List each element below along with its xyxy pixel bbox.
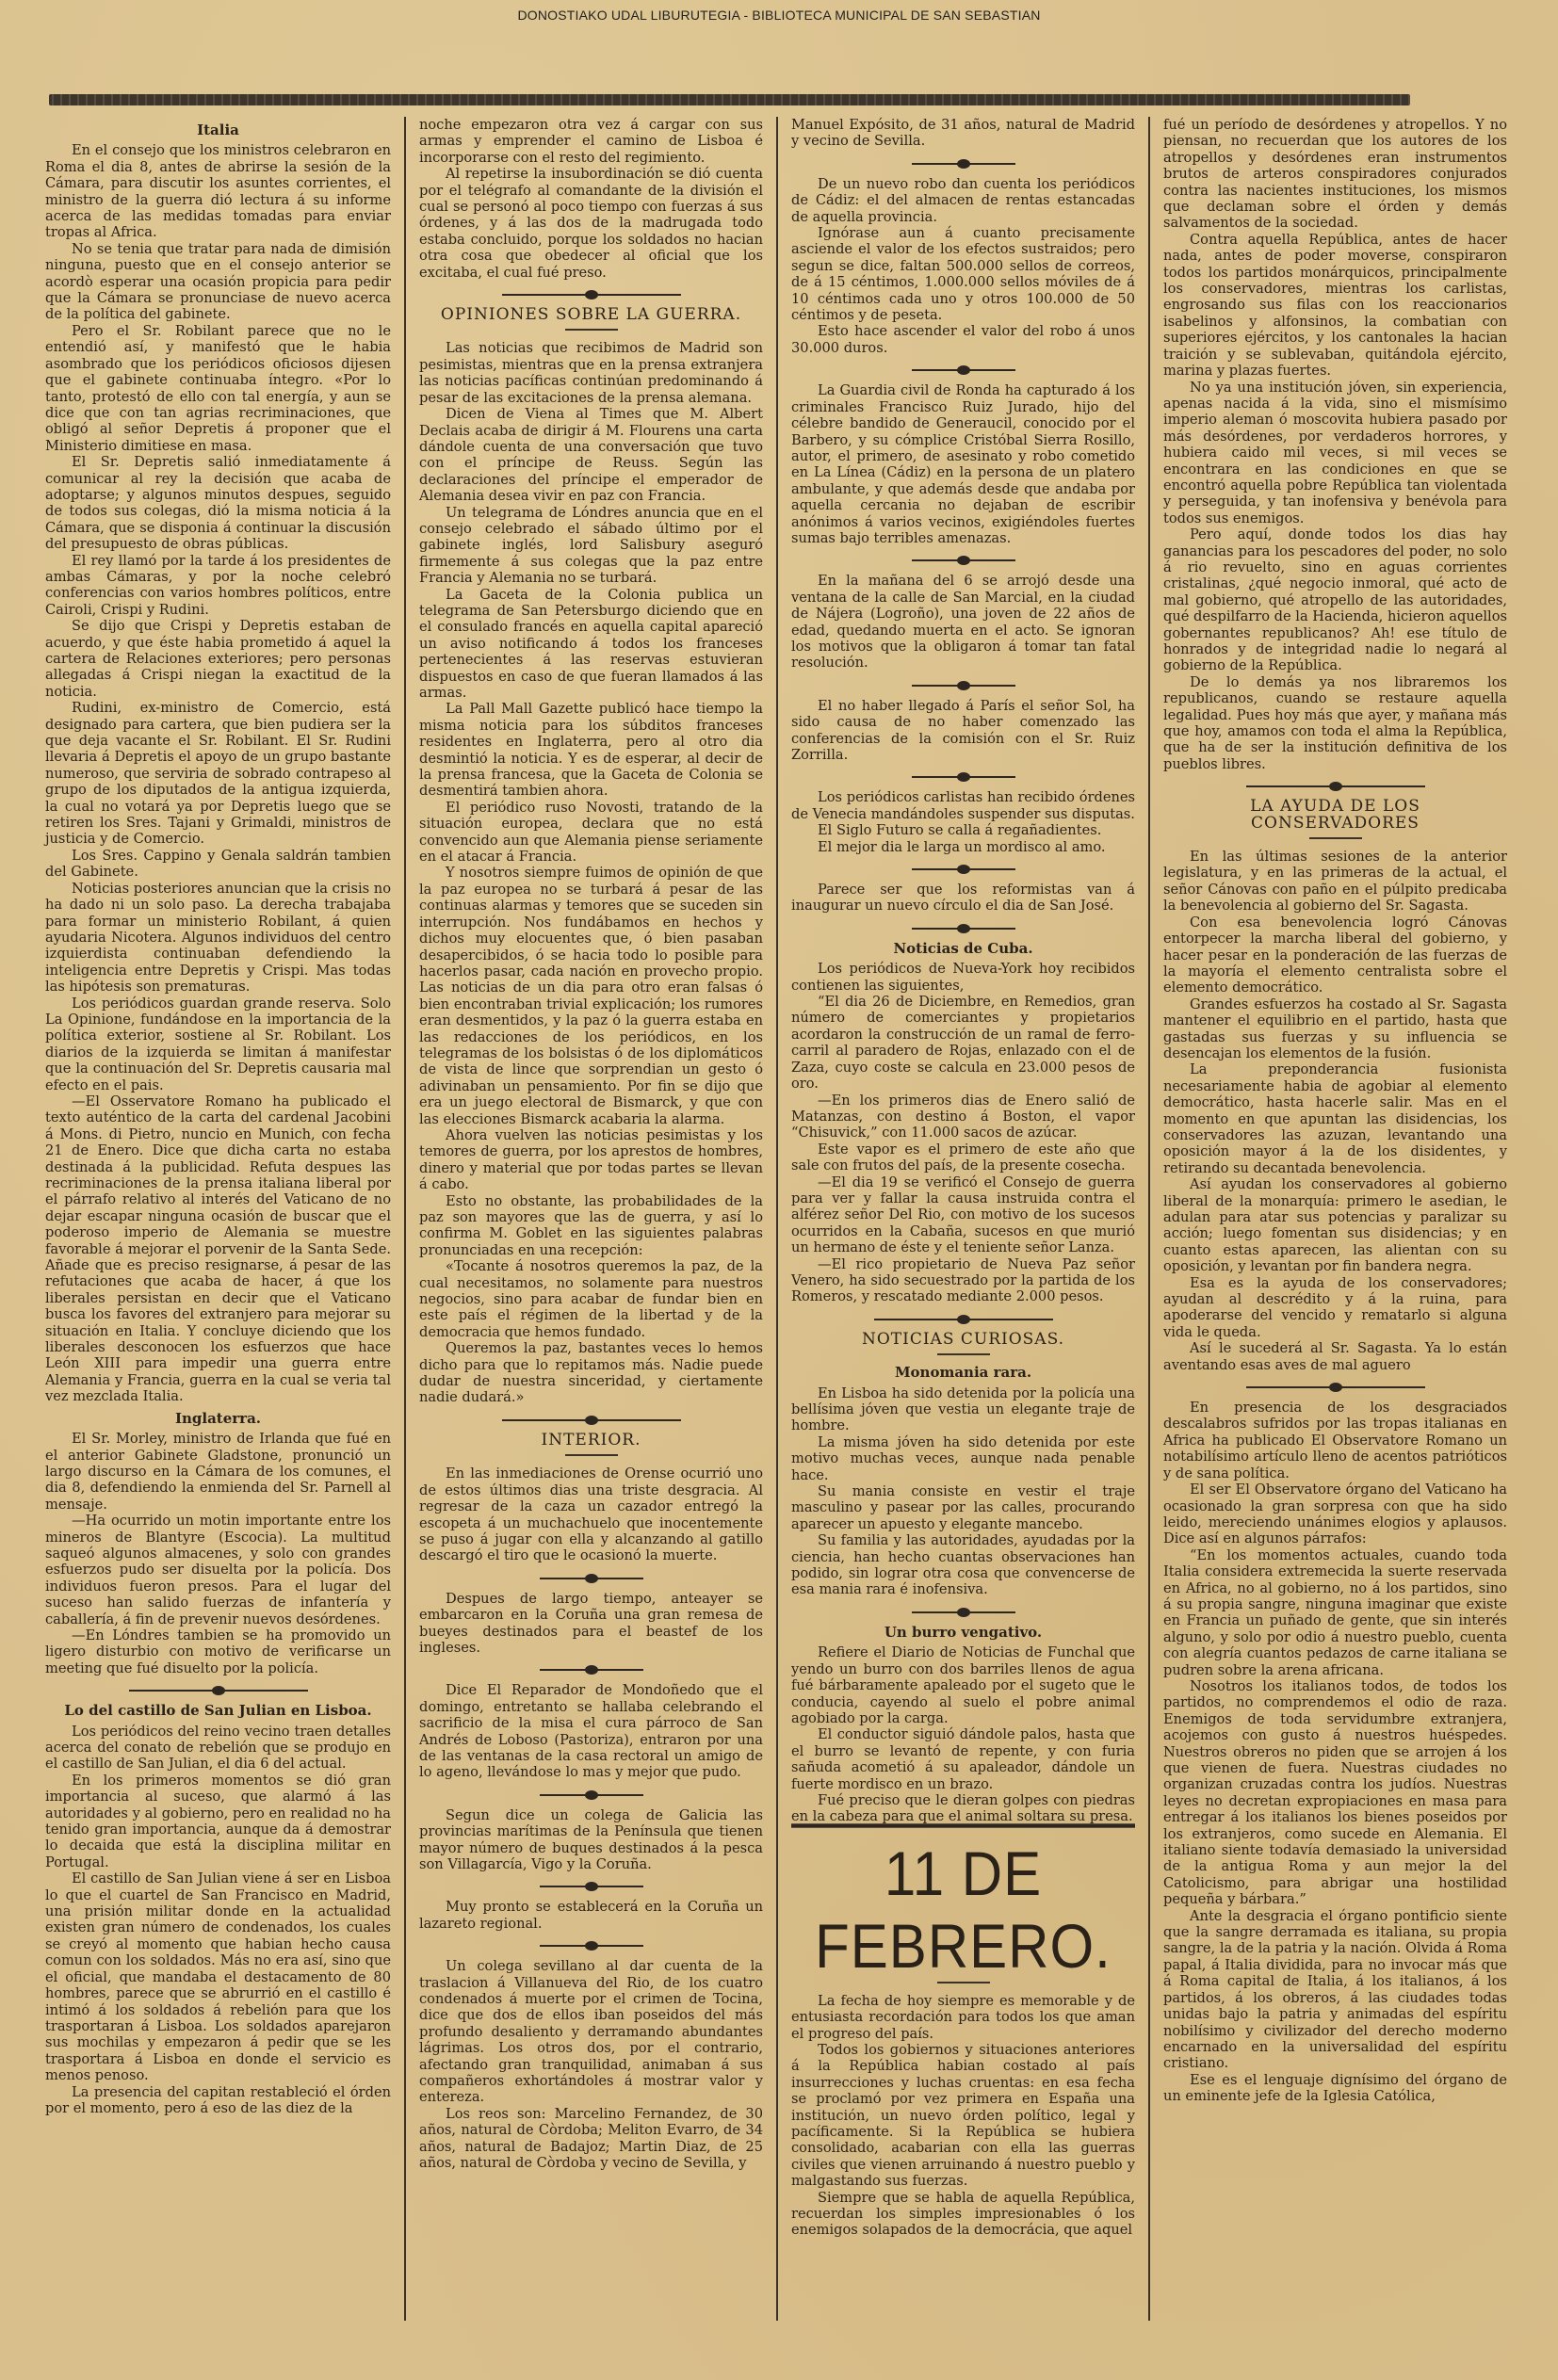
article-paragraph: La misma jóven ha sido detenida por este… — [791, 1434, 1135, 1483]
ornament-divider — [912, 926, 1015, 931]
ornament-divider — [540, 1667, 643, 1673]
section-heading: Monomania rara. — [791, 1365, 1135, 1381]
article-paragraph: En las inmediaciones de Orense ocurrió u… — [419, 1465, 763, 1563]
ornament-divider — [874, 1317, 1053, 1322]
article-paragraph: Los periódicos carlistas han recibido ór… — [791, 789, 1135, 822]
article-paragraph: Todos los gobiernos y situaciones anteri… — [791, 2042, 1135, 2190]
article-paragraph: En los primeros momentos se dió gran imp… — [45, 1773, 391, 1870]
ornament-divider — [912, 161, 1015, 167]
column-1: ItaliaEn el consejo que los ministros ce… — [32, 117, 404, 2321]
column-4: fué un período de desórdenes y atropello… — [1148, 117, 1520, 2321]
masthead-rule — [49, 94, 1410, 105]
article-paragraph: En la mañana del 6 se arrojó desde una v… — [791, 573, 1135, 671]
ornament-divider — [912, 558, 1015, 563]
ornament-divider — [912, 774, 1015, 780]
short-rule — [565, 329, 618, 331]
section-title: NOTICIAS CURIOSAS. — [791, 1332, 1135, 1348]
ornament-divider — [540, 1576, 643, 1581]
article-paragraph: Las noticias que recibimos de Madrid son… — [419, 340, 763, 406]
article-paragraph: Rudini, ex-ministro de Comercio, está de… — [45, 700, 391, 848]
article-paragraph: Los periódicos del reino vecino traen de… — [45, 1724, 391, 1773]
article-paragraph: Refiere el Diario de Noticias de Funchal… — [791, 1644, 1135, 1726]
article-paragraph: Los periódicos guardan grande reserva. S… — [45, 996, 391, 1093]
article-paragraph: Noticias posteriores anuncian que la cri… — [45, 881, 391, 996]
article-paragraph: La Gaceta de la Colonia publica un teleg… — [419, 587, 763, 702]
article-paragraph: El conductor siguió dándole palos, hasta… — [791, 1726, 1135, 1792]
section-title: LA AYUDA DE LOS CONSERVADORES — [1163, 799, 1507, 832]
article-paragraph: Se dijo que Crispi y Depretis estaban de… — [45, 618, 391, 700]
article-paragraph: No ya una institución jóven, sin experie… — [1163, 380, 1507, 527]
ornament-divider — [912, 866, 1015, 872]
ornament-divider — [502, 1417, 681, 1423]
article-paragraph: —El dia 19 se verificó el Consejo de gue… — [791, 1174, 1135, 1256]
article-paragraph: El Sr. Depretis salió inmediatamente á c… — [45, 454, 391, 552]
section-heading: Un burro vengativo. — [791, 1625, 1135, 1641]
article-paragraph: Siempre que se habla de aquella Repúblic… — [791, 2190, 1135, 2239]
article-paragraph: Grandes esfuerzos ha costado al Sr. Saga… — [1163, 996, 1507, 1062]
ornament-divider — [129, 1688, 308, 1693]
article-paragraph: Con esa benevolencia logró Cánovas entor… — [1163, 915, 1507, 996]
article-paragraph: Ignórase aun á cuanto precisamente ascie… — [791, 225, 1135, 323]
article-paragraph: “En los momentos actuales, cuando toda I… — [1163, 1547, 1507, 1678]
article-paragraph: —El Osservatore Romano ha publicado el t… — [45, 1093, 391, 1405]
article-paragraph: En el consejo que los ministros celebrar… — [45, 142, 391, 240]
article-paragraph: Ese es el lenguaje dignísimo del órgano … — [1163, 2072, 1507, 2105]
article-paragraph: Su familia y las autoridades, ayudadas p… — [791, 1532, 1135, 1598]
article-paragraph: Contra aquella República, antes de hacer… — [1163, 232, 1507, 380]
ornament-divider — [912, 1610, 1015, 1615]
article-paragraph: La presencia del capitan restableció el … — [45, 2084, 391, 2117]
article-paragraph: Queremos la paz, bastantes veces lo hemo… — [419, 1340, 763, 1406]
article-paragraph: Un telegrama de Lóndres anuncia que en e… — [419, 505, 763, 587]
article-paragraph: —En los primeros dias de Enero salió de … — [791, 1093, 1135, 1141]
newspaper-columns: ItaliaEn el consejo que los ministros ce… — [32, 117, 1530, 2321]
article-paragraph: El ser El Observatore órgano del Vatican… — [1163, 1481, 1507, 1547]
article-paragraph: Pero aquí, donde todos los dias hay gana… — [1163, 526, 1507, 674]
article-paragraph: Ante la desgracia el órgano pontificio s… — [1163, 1908, 1507, 2072]
article-paragraph: De un nuevo robo dan cuenta los periódic… — [791, 176, 1135, 225]
ornament-divider — [1246, 784, 1425, 789]
article-paragraph: En las últimas sesiones de la anterior l… — [1163, 849, 1507, 915]
section-heading: Noticias de Cuba. — [791, 941, 1135, 957]
article-paragraph: Este vapor es el primero de este año que… — [791, 1141, 1135, 1174]
article-paragraph: Segun dice un colega de Galicia las prov… — [419, 1807, 763, 1873]
article-paragraph: Los Sres. Cappino y Genala saldrán tambi… — [45, 848, 391, 881]
column-3: Manuel Expósito, de 31 años, natural de … — [776, 117, 1148, 2321]
short-rule — [1309, 837, 1362, 839]
article-paragraph: El mejor dia le larga un mordisco al amo… — [791, 839, 1135, 855]
article-paragraph: “El dia 26 de Diciembre, en Remedios, gr… — [791, 994, 1135, 1092]
article-paragraph: Así ayudan los conservadores al gobierno… — [1163, 1176, 1507, 1274]
article-paragraph: Esto no obstante, las probabilidades de … — [419, 1193, 763, 1259]
article-paragraph: Los periódicos de Nueva-York hoy recibid… — [791, 961, 1135, 994]
article-paragraph: Al repetirse la insubordinación se dió c… — [419, 166, 763, 281]
article-paragraph: La Guardia civil de Ronda ha capturado á… — [791, 382, 1135, 546]
short-rule — [937, 1353, 990, 1355]
article-paragraph: Ahora vuelven las noticias pesimistas y … — [419, 1127, 763, 1193]
article-paragraph: El Sr. Morley, ministro de Irlanda que f… — [45, 1431, 391, 1513]
article-paragraph: El rey llamó por la tarde á los presiden… — [45, 553, 391, 619]
article-paragraph: —El rico propietario de Nueva Paz señor … — [791, 1256, 1135, 1305]
article-paragraph: En presencia de los desgraciados descala… — [1163, 1400, 1507, 1481]
ornament-divider — [540, 1884, 643, 1889]
section-heading: Lo del castillo de San Julian en Lisboa. — [45, 1703, 391, 1719]
article-paragraph: Despues de largo tiempo, anteayer se emb… — [419, 1591, 763, 1657]
ornament-divider — [540, 1943, 643, 1949]
date-headline: 11 DE FEBRERO. — [791, 1823, 1135, 1983]
article-paragraph: La fecha de hoy siempre es memorable y d… — [791, 1993, 1135, 2042]
ornament-divider — [502, 292, 681, 298]
article-paragraph: Esa es la ayuda de los conservadores; ay… — [1163, 1275, 1507, 1341]
ornament-divider — [540, 1792, 643, 1798]
ornament-divider — [1246, 1384, 1425, 1390]
article-paragraph: Un colega sevillano al dar cuenta de la … — [419, 1958, 763, 2106]
article-paragraph: noche empezaron otra vez á cargar con su… — [419, 117, 763, 166]
article-paragraph: La Pall Mall Gazette publicó hace tiempo… — [419, 701, 763, 799]
article-paragraph: Y nosotros siempre fuimos de opinión de … — [419, 865, 763, 1127]
article-paragraph: Dice El Reparador de Mondoñedo que el do… — [419, 1682, 763, 1780]
article-paragraph: El periódico ruso Novosti, tratando de l… — [419, 800, 763, 866]
article-paragraph: El Siglo Futuro se calla á regañadientes… — [791, 822, 1135, 838]
article-paragraph: «Tocante á nosotros queremos la paz, de … — [419, 1258, 763, 1340]
article-paragraph: Así le sucederá al Sr. Sagasta. Ya lo es… — [1163, 1340, 1507, 1373]
article-paragraph: El no haber llegado á París el señor Sol… — [791, 698, 1135, 764]
article-paragraph: Parece ser que los reformistas van á ina… — [791, 882, 1135, 915]
short-rule — [565, 1454, 618, 1456]
article-paragraph: Muy pronto se establecerá en la Coruña u… — [419, 1899, 763, 1932]
section-heading: Inglaterra. — [45, 1411, 391, 1427]
article-paragraph: fué un período de desórdenes y atropello… — [1163, 117, 1507, 232]
section-title: OPINIONES SOBRE LA GUERRA. — [419, 307, 763, 323]
article-paragraph: Dicen de Viena al Times que M. Albert De… — [419, 406, 763, 504]
article-paragraph: La preponderancia fusionista necesariame… — [1163, 1061, 1507, 1176]
article-paragraph: El castillo de San Julian viene á ser en… — [45, 1870, 391, 2083]
article-paragraph: —En Lóndres tambien se ha promovido un l… — [45, 1627, 391, 1676]
article-paragraph: En Lisboa ha sido detenida por la policí… — [791, 1385, 1135, 1434]
article-paragraph: Los reos son: Marcelino Fernandez, de 30… — [419, 2106, 763, 2172]
article-paragraph: Nosotros los italianos todos, de todos l… — [1163, 1678, 1507, 1908]
article-paragraph: Fué preciso que le dieran golpes con pie… — [791, 1792, 1135, 1825]
article-paragraph: Pero el Sr. Robilant parece que no le en… — [45, 323, 391, 454]
section-heading: Italia — [45, 122, 391, 138]
article-paragraph: Manuel Expósito, de 31 años, natural de … — [791, 117, 1135, 150]
ornament-divider — [912, 367, 1015, 373]
article-paragraph: Esto hace ascender el valor del robo á u… — [791, 323, 1135, 356]
article-paragraph: —Ha ocurrido un motin importante entre l… — [45, 1513, 391, 1627]
section-title: INTERIOR. — [419, 1433, 763, 1449]
article-paragraph: De lo demás ya nos libraremos los republ… — [1163, 674, 1507, 772]
article-paragraph: No se tenia que tratar para nada de dimi… — [45, 241, 391, 323]
column-2: noche empezaron otra vez á cargar con su… — [404, 117, 776, 2321]
article-paragraph: Su mania consiste en vestir el traje mas… — [791, 1483, 1135, 1532]
ornament-divider — [912, 683, 1015, 688]
archive-header: DONOSTIAKO UDAL LIBURUTEGIA - BIBLIOTECA… — [0, 8, 1558, 23]
